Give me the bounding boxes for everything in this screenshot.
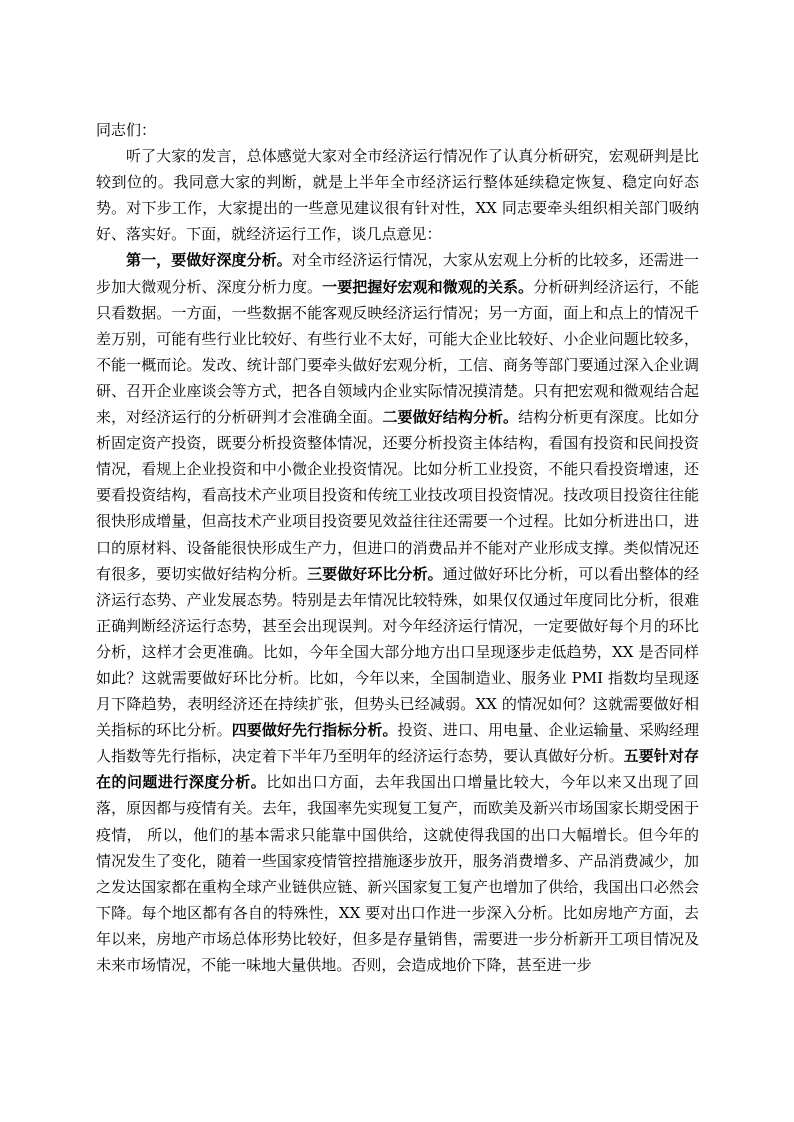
paragraph-text: 结构分析更有深度。比如分析固定资产投资，既要分析投资整体情况，还要分析投资主体结…: [96, 408, 699, 583]
paragraph-text: 比如出口方面，去年我国出口增量比较大，今年以来又出现了回落，原因都与疫情有关。去…: [96, 773, 699, 974]
paragraph-text: 分析研判经济运行，不能只看数据。一方面，一些数据不能客观反映经济运行情况；另一方…: [96, 278, 699, 426]
paragraph-intro: 听了大家的发言，总体感觉大家对全市经济运行情况作了认真分析研究，宏观研判是比较到…: [96, 143, 699, 247]
paragraph-text: 听了大家的发言，总体感觉大家对全市经济运行情况作了认真分析研究，宏观研判是比较到…: [96, 147, 699, 243]
subheading-3: 三要做好环比分析。: [307, 565, 443, 583]
subheading-2: 二要做好结构分析。: [382, 408, 518, 426]
heading-first-point: 第一，要做好深度分析。: [126, 251, 292, 269]
subheading-1: 一要把握好宏观和微观的关系。: [322, 278, 533, 296]
salutation: 同志们：: [96, 117, 699, 143]
paragraph-text: 通过做好环比分析，可以看出整体的经济运行态势、产业发展态势。特别是去年情况比较特…: [96, 565, 699, 740]
document-page: 同志们： 听了大家的发言，总体感觉大家对全市经济运行情况作了认真分析研究，宏观研…: [96, 117, 699, 978]
subheading-4: 四要做好先行指标分析。: [232, 721, 398, 739]
paragraph-first-point: 第一，要做好深度分析。对全市经济运行情况，大家从宏观上分析的比较多，还需进一步加…: [96, 247, 699, 978]
